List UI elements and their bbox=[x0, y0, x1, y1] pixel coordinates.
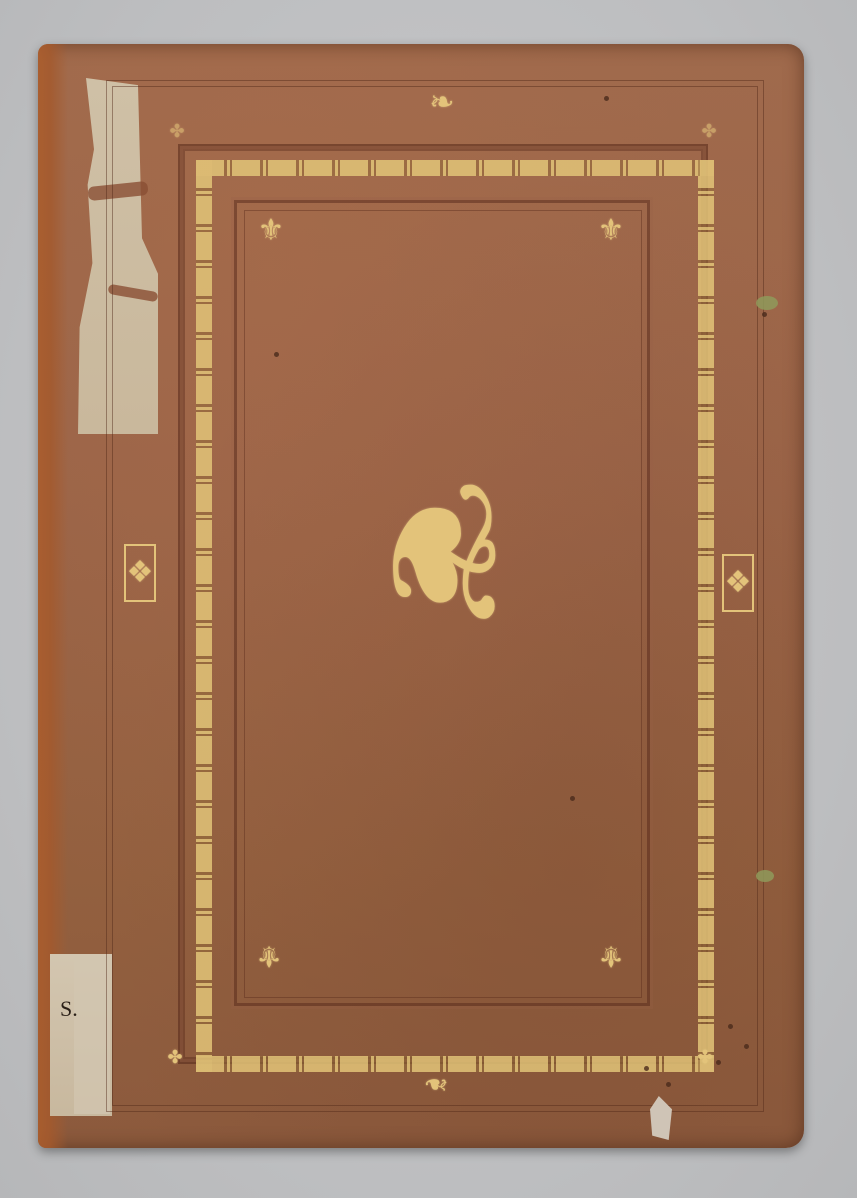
worm-hole bbox=[744, 1044, 749, 1049]
outer-corner-ornament: ✤ bbox=[698, 122, 720, 140]
outer-corner-ornament: ✤ bbox=[164, 1048, 186, 1066]
tie-remnant bbox=[756, 296, 778, 310]
top-center-ornament: ❧ bbox=[414, 88, 470, 118]
book-cover: S. ❦ ⚜ ⚜ ⚜ ⚜ ❖ ❖ ❧ ❧ ✤ ✤ ✤ ✤ bbox=[38, 44, 804, 1148]
worm-hole bbox=[762, 312, 767, 317]
outer-corner-ornament: ✤ bbox=[166, 122, 188, 140]
tie-remnant bbox=[756, 870, 774, 882]
outer-corner-ornament: ✤ bbox=[694, 1048, 716, 1066]
corner-fleuron-ornament: ⚜ bbox=[252, 940, 286, 970]
bottom-center-ornament: ❧ bbox=[408, 1068, 464, 1098]
side-panel-ornament: ❖ bbox=[124, 544, 156, 602]
center-lozenge-ornament: ❦ bbox=[365, 463, 515, 652]
worm-hole bbox=[604, 96, 609, 101]
worm-hole bbox=[644, 1066, 649, 1071]
corner-fleuron-ornament: ⚜ bbox=[594, 216, 628, 246]
worm-hole bbox=[274, 352, 279, 357]
corner-fleuron-ornament: ⚜ bbox=[594, 940, 628, 970]
worm-hole bbox=[728, 1024, 733, 1029]
corner-fleuron-ornament: ⚜ bbox=[254, 216, 288, 246]
paper-label-strip bbox=[74, 956, 110, 1114]
worm-hole bbox=[570, 796, 575, 801]
worm-hole bbox=[666, 1082, 671, 1087]
label-text: S. bbox=[60, 996, 78, 1022]
worm-hole bbox=[716, 1060, 721, 1065]
side-panel-ornament: ❖ bbox=[722, 554, 754, 612]
